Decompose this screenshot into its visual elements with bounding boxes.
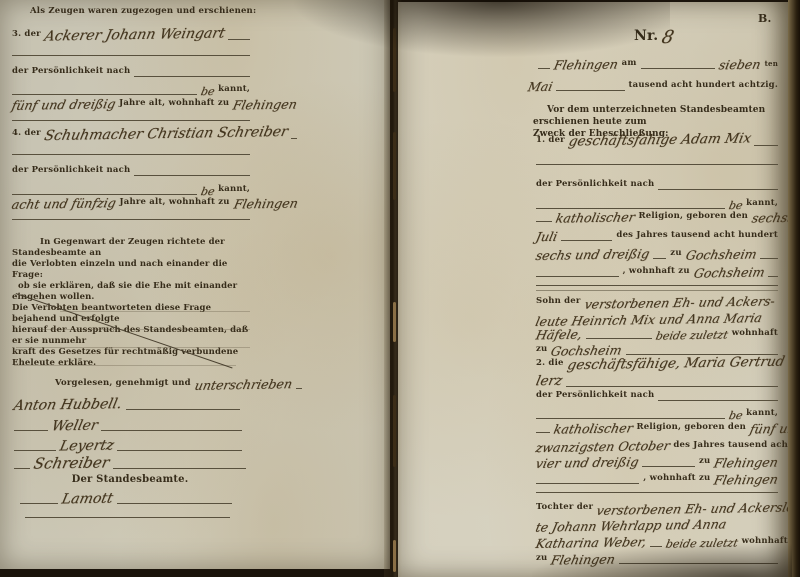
groom-parents-handwriting: beide zuletzt (655, 329, 729, 341)
place-handwriting: Flehingen (553, 58, 620, 72)
bride-parents-handwriting: te Johann Wehrlapp und Anna (534, 518, 727, 534)
bride-name-row2: lerz (536, 375, 778, 387)
bride-birthday2-handwriting: zwanzigsten October (534, 439, 671, 454)
ten-suffix-label: ten (765, 59, 778, 69)
rule-line (14, 467, 30, 469)
witness1-age-row: fünf und dreißig Jahre alt, wohnhaft zu … (12, 98, 250, 109)
rule-line (12, 219, 250, 220)
closing-row: Vorgelesen, genehmigt und unterschrieben (55, 378, 250, 389)
kannt-label: kannt, (746, 198, 778, 209)
witness1-prefix: 3. der (12, 29, 41, 40)
witness-signature: Leyertz (58, 439, 115, 454)
bride-name-row1: 2. die geschäftsfähige, Maria Gertrud Sc… (536, 357, 778, 369)
persoenlichkeit-label: der Persönlichkeit nach (536, 179, 654, 190)
kannt-label: kannt, (218, 184, 250, 195)
kannt-label: kannt, (746, 408, 778, 419)
wohnhaft-label: wohnhaft (742, 536, 788, 547)
witness2-name-handwriting: Schuhmacher Christian Schreiber (43, 125, 289, 143)
rule-line (16, 347, 250, 348)
witness1-age-handwriting: fünf und dreißig (10, 98, 116, 112)
witness-signature: Weller (50, 419, 99, 434)
religion-geboren-label: Religion, geboren den (636, 422, 746, 433)
declaration-paragraph: In Gegenwart der Zeugen richtete der Sta… (12, 237, 254, 369)
witness1-name-handwriting: Ackerer Johann Weingart (43, 26, 226, 43)
groom-name-row: 1. der geschäftsfähige Adam Mix (536, 134, 778, 146)
registrar-signature-row: Lamott (20, 492, 232, 504)
witness-signature: Schreiber (32, 455, 110, 471)
groom-parents-place-handwriting: Gochsheim (550, 344, 623, 358)
rule-line (653, 257, 666, 259)
wohnhaft-zu-label: , wohnhaft zu (623, 266, 690, 277)
bride-parents-place-handwriting: Flehingen (550, 553, 617, 567)
bride-religion-row: katholischer Religion, geboren den fünf … (536, 422, 778, 433)
bride-parents-handwriting: beide zuletzt (665, 537, 739, 549)
groom-parents-handwriting: Häfele, (535, 328, 584, 341)
bride-name-handwriting: lerz (535, 375, 564, 389)
groom-parents-row1: Sohn der verstorbenen Eh- und Ackers- (536, 296, 778, 307)
bride-birthyear-row: vier und dreißig zu Flehingen (536, 456, 778, 467)
zu-label: zu (536, 553, 547, 564)
rule-line (134, 174, 250, 176)
binding-stitch (393, 395, 396, 467)
bride-parents-row4: zu Flehingen (536, 553, 778, 564)
bride-parents-handwriting: verstorbenen Eh- und Ackersleu- (595, 501, 800, 517)
bride-residence-handwriting: Flehingen (713, 473, 780, 487)
witness1-known-row: be kannt, (12, 84, 250, 95)
rule-line (20, 502, 58, 504)
rule-line (536, 417, 725, 419)
rule-line (658, 399, 778, 401)
groom-religion-row: katholischer Religion, geboren den sechs… (536, 211, 778, 222)
rule-line (658, 188, 778, 190)
groom-birthplace-handwriting: Gochsheim (684, 248, 757, 262)
rule-line (14, 365, 236, 366)
groom-known-row: be kannt, (536, 198, 778, 209)
signature-row: Weller (14, 419, 242, 431)
rule-line (12, 120, 250, 121)
declaration-line: ob sie erklären, daß sie die Ehe mit ein… (12, 281, 254, 303)
registrar-label: Der Standesbeamte. (60, 474, 200, 485)
rule-line (101, 429, 242, 431)
bride-birthmonth-row: zwanzigsten October des Jahres tausend a… (536, 440, 778, 451)
groom-residence-row: , wohnhaft zu Gochsheim (536, 266, 778, 277)
sohn-label: Sohn der (536, 296, 581, 307)
rule-line (113, 467, 246, 469)
groom-religion-handwriting: katholischer (555, 211, 636, 225)
rule-line (12, 154, 250, 155)
dateline-row2: Mai tausend acht hundert achtzig. (528, 80, 778, 91)
groom-parents-row2: leute Heinrich Mix und Anna Maria (536, 314, 778, 325)
register-book-scan: Als Zeugen waren zugezogen und erschiene… (0, 0, 800, 577)
rule-line (536, 220, 552, 222)
rule-line (650, 545, 662, 547)
rule-line (30, 329, 250, 330)
bride-prefix: 2. die (536, 358, 564, 369)
bride-religion-handwriting: katholischer (553, 422, 634, 436)
persoenlichkeit-label: der Persönlichkeit nach (12, 165, 130, 176)
rule-line (296, 387, 302, 389)
persoenlichkeit-label: der Persönlichkeit nach (536, 390, 654, 401)
registrar-signature: Lamott (60, 492, 114, 507)
rule-line (619, 562, 778, 564)
witness1-known-handwriting: be (199, 86, 215, 97)
rule-line (228, 38, 250, 40)
groom-birthyear-handwriting: sechs und dreißig (534, 248, 650, 262)
rule-line (536, 164, 778, 165)
witness2-known-row: be kannt, (12, 184, 250, 195)
rule-line (760, 257, 778, 259)
rule-line (566, 385, 778, 387)
bride-parents-row2: te Johann Wehrlapp und Anna (536, 520, 778, 531)
witness2-name-row: 4. der Schuhmacher Christian Schreiber (12, 127, 250, 139)
rule-line (14, 429, 48, 431)
rule-line (12, 55, 250, 56)
signature-row: Leyertz (14, 439, 242, 451)
rule-line (536, 492, 778, 493)
rule-line (536, 290, 778, 291)
witnesses-heading: Als Zeugen waren zugezogen und erschiene… (30, 6, 256, 16)
zu-label: zu (699, 456, 710, 467)
bride-birthyear-handwriting: vier und dreißig (534, 456, 639, 470)
des-jahres-label: des Jahres tausend acht hundert (616, 230, 778, 241)
zu-label: zu (536, 344, 547, 355)
groom-parents-handwriting: verstorbenen Eh- und Ackers- (583, 295, 776, 311)
bride-parents-handwriting: Katharina Weber, (534, 536, 647, 550)
declaration-line: Die Verlobten beantworteten diese Frage … (12, 303, 254, 325)
jahre-alt-label: Jahre alt, wohnhaft zu (119, 98, 229, 109)
bride-known-handwriting: be (727, 410, 743, 421)
bride-known-row: be kannt, (536, 408, 778, 419)
binding-stitch (393, 540, 396, 572)
year-label: tausend acht hundert achtzig. (629, 80, 778, 91)
bride-birthplace-handwriting: Flehingen (713, 456, 780, 470)
groom-name-handwriting: geschäftsfähige Adam Mix (567, 132, 752, 149)
page-stack-edge (788, 0, 800, 577)
day-handwriting: sieben (718, 58, 762, 71)
rule-line (586, 337, 652, 339)
record-number-row: Nr. 8 (634, 28, 694, 45)
rule-line (536, 285, 778, 286)
kannt-label: kannt, (218, 84, 250, 95)
month-handwriting: Mai (527, 80, 554, 93)
bride-parents-row1: Tochter der verstorbenen Eh- und Ackersl… (536, 502, 778, 513)
rule-line (641, 67, 716, 69)
declaration-line: die Verlobten einzeln und nach einander … (12, 259, 254, 281)
groom-identity-row: der Persönlichkeit nach (536, 179, 778, 190)
rule-line (126, 408, 241, 410)
witness2-identity-row: der Persönlichkeit nach (12, 165, 250, 176)
page-corner-letter: B. (758, 12, 772, 25)
witness2-prefix: 4. der (12, 128, 41, 139)
declaration-line: In Gegenwart der Zeugen richtete der Sta… (12, 237, 254, 259)
rule-line (561, 239, 612, 241)
signature-row: Schreiber (14, 456, 246, 469)
groom-known-handwriting: be (727, 200, 743, 211)
wohnhaft-label: wohnhaft (732, 328, 778, 339)
groom-parents-row3: Häfele, beide zuletzt wohnhaft (536, 328, 778, 339)
binding-stitch (393, 132, 396, 200)
rule-line (60, 311, 250, 312)
rule-line (754, 144, 778, 146)
rule-line (25, 517, 230, 518)
jahre-alt-label: Jahre alt, wohnhaft zu (120, 197, 230, 208)
witness1-residence-handwriting: Flehingen (232, 98, 299, 112)
intro-line: Vor dem unterzeichneten Standesbeamten e… (533, 104, 781, 128)
binding-stitch (393, 28, 396, 92)
rule-line (12, 93, 197, 95)
groom-prefix: 1. der (536, 135, 565, 146)
rule-line (536, 275, 619, 277)
bride-identity-row: der Persönlichkeit nach (536, 390, 778, 401)
witness1-name-row: 3. der Ackerer Johann Weingart (12, 28, 250, 40)
dateline-row1: Flehingen am sieben ten (538, 58, 778, 69)
rule-line (768, 275, 778, 277)
des-jahres-label: des Jahres tausend acht hundert (673, 440, 800, 451)
zu-label: zu (670, 248, 681, 259)
rule-line (536, 482, 639, 484)
vorgelesen-label: Vorgelesen, genehmigt und (55, 378, 191, 389)
witness2-age-handwriting: acht und fünfzig (10, 197, 117, 211)
witness-signature: Anton Hubbell. (12, 397, 123, 413)
wohnhaft-zu-label: , wohnhaft zu (643, 473, 710, 484)
groom-residence-handwriting: Gochsheim (692, 266, 765, 280)
rule-line (14, 449, 56, 451)
groom-birthmonth-handwriting: Juli (535, 230, 559, 243)
religion-geboren-label: Religion, geboren den (638, 211, 748, 222)
groom-birthyear-row: sechs und dreißig zu Gochsheim (536, 248, 778, 259)
rule-line (556, 89, 624, 91)
rule-line (134, 75, 250, 77)
unterschrieben-handwriting: unterschrieben (193, 378, 293, 392)
signature-row: Anton Hubbell. (14, 398, 240, 410)
bride-parents-row3: Katharina Weber, beide zuletzt wohnhaft (536, 536, 778, 547)
bride-residence-row: , wohnhaft zu Flehingen (536, 473, 778, 484)
rule-line (536, 431, 550, 433)
persoenlichkeit-label: der Persönlichkeit nach (12, 66, 130, 77)
binding-stitch (393, 302, 396, 342)
witness2-age-row: acht und fünfzig Jahre alt, wohnhaft zu … (12, 197, 250, 208)
am-label: am (622, 58, 637, 69)
witness2-residence-handwriting: Flehingen (232, 197, 299, 211)
rule-line (642, 465, 695, 467)
witness1-identity-row: der Persönlichkeit nach (12, 66, 250, 77)
rule-line (117, 502, 232, 504)
groom-birthmonth-row: Juli des Jahres tausend acht hundert (536, 230, 778, 241)
nr-label: Nr. (634, 28, 658, 45)
rule-line (291, 137, 297, 139)
tochter-label: Tochter der (536, 502, 593, 513)
witness2-known-handwriting: be (199, 186, 215, 197)
rule-line (117, 449, 242, 451)
rule-line (538, 67, 550, 69)
record-number-handwriting: 8 (660, 29, 675, 47)
